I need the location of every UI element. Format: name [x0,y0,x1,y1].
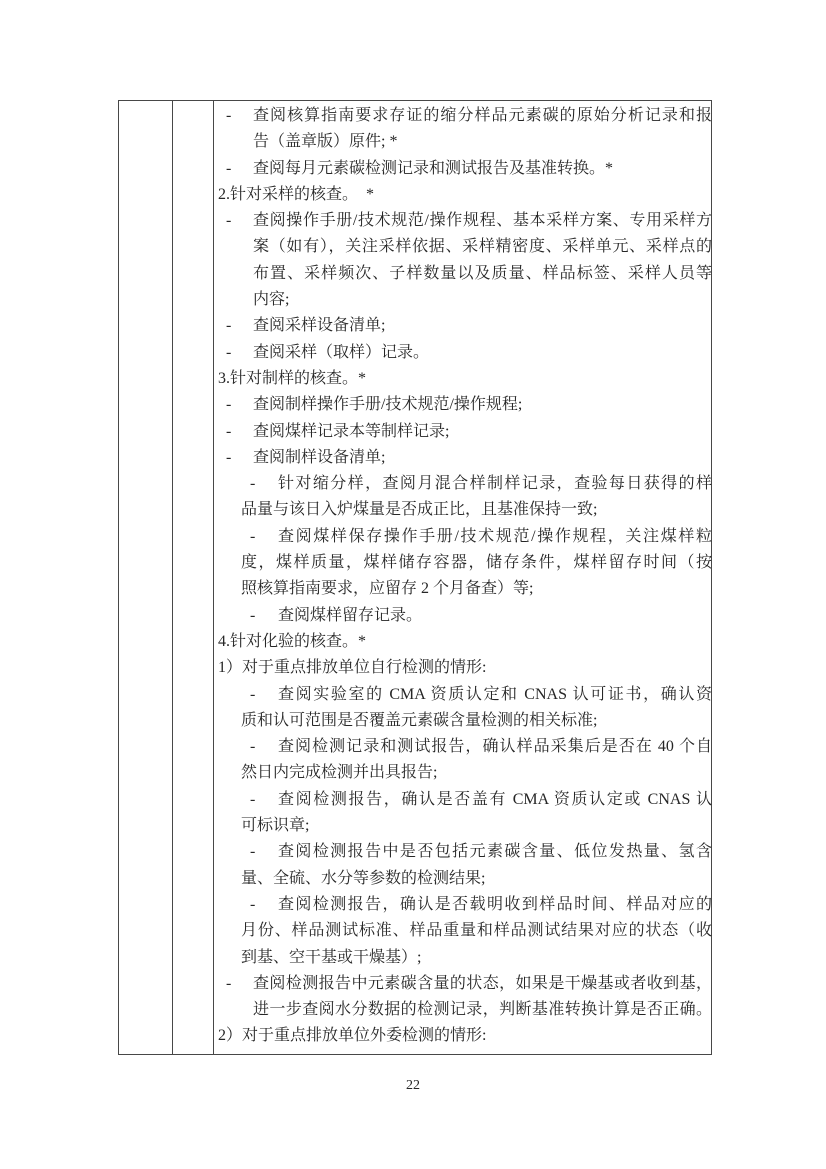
list-bullet: - [226,313,231,339]
checklist-table: -查阅核算指南要求存证的缩分样品元素碳的原始分析记录和报告（盖章版）原件; *-… [118,100,712,1055]
text-line: -查阅每月元素碳检测记录和测试报告及基准转换。* [213,156,712,182]
text-line: 品量与该日入炉煤量是否成正比，且基准保持一致; [213,497,712,523]
text-line: 可标识章; [213,813,712,839]
text-content: 可标识章; [241,813,712,839]
text-line: -查阅制样操作手册/技术规范/操作规程; [213,392,712,418]
text-line: -查阅采样（取样）记录。 [213,340,712,366]
list-bullet: - [226,208,231,234]
text-line: 2）对于重点排放单位外委检测的情形: [213,1023,712,1049]
text-content: 查阅煤样保存操作手册/技术规范/操作规程，关注煤样粒 [278,524,712,550]
text-line: 量、全硫、水分等参数的检测结果; [213,866,712,892]
text-content: 案（如有），关注采样依据、采样精密度、采样单元、采样点的 [253,234,712,260]
list-bullet: - [226,340,231,366]
text-content: 告（盖章版）原件; * [253,129,712,155]
text-line: 案（如有），关注采样依据、采样精密度、采样单元、采样点的 [213,234,712,260]
text-line: 度，煤样质量，煤样储存容器，储存条件，煤样留存时间（按 [213,550,712,576]
text-content: 月份、样品测试标准、样品重量和样品测试结果对应的状态（收 [241,918,712,944]
text-content: 查阅煤样留存记录。 [278,603,712,629]
list-bullet: - [250,787,255,813]
list-bullet: - [250,471,255,497]
text-content: 查阅检测报告，确认是否载明收到样品时间、样品对应的 [278,892,712,918]
text-line: 2.针对采样的核查。 * [213,182,712,208]
text-line: -查阅检测报告中元素碳含量的状态，如果是干燥基或者收到基， [213,971,712,997]
text-line: -查阅煤样记录本等制样记录; [213,419,712,445]
text-line: -查阅检测报告，确认是否盖有 CMA 资质认定或 CNAS 认 [213,787,712,813]
text-content: 查阅检测记录和测试报告，确认样品采集后是否在 40 个自 [278,734,712,760]
text-line: -查阅煤样留存记录。 [213,603,712,629]
text-content: 查阅每月元素碳检测记录和测试报告及基准转换。* [253,156,712,182]
text-line: -查阅检测记录和测试报告，确认样品采集后是否在 40 个自 [213,734,712,760]
text-line: -查阅实验室的 CMA 资质认定和 CNAS 认可证书，确认资 [213,682,712,708]
text-line: -查阅操作手册/技术规范/操作规程、基本采样方案、专用采样方 [213,208,712,234]
text-line: -查阅核算指南要求存证的缩分样品元素碳的原始分析记录和报 [213,103,712,129]
list-bullet: - [250,892,255,918]
text-content: 2）对于重点排放单位外委检测的情形: [218,1023,712,1049]
text-line: 1）对于重点排放单位自行检测的情形: [213,655,712,681]
text-line: 告（盖章版）原件; * [213,129,712,155]
table-cell-content: -查阅核算指南要求存证的缩分样品元素碳的原始分析记录和报告（盖章版）原件; *-… [213,101,712,1054]
text-content: 查阅煤样记录本等制样记录; [253,419,712,445]
text-line: 然日内完成检测并出具报告; [213,760,712,786]
document-page: -查阅核算指南要求存证的缩分样品元素碳的原始分析记录和报告（盖章版）原件; *-… [0,0,826,1169]
table-column-divider-1 [172,101,173,1054]
list-bullet: - [226,392,231,418]
text-content: 到基、空干基或干燥基）; [241,945,712,971]
text-line: 质和认可范围是否覆盖元素碳含量检测的相关标准; [213,708,712,734]
text-content: 进一步查阅水分数据的检测记录，判断基准转换计算是否正确。 [253,997,712,1023]
list-bullet: - [226,156,231,182]
text-line: 照核算指南要求，应留存 2 个月备查）等; [213,576,712,602]
text-line: 到基、空干基或干燥基）; [213,945,712,971]
text-content: 查阅制样设备清单; [253,445,712,471]
text-line: 布置、采样频次、子样数量以及质量、样品标签、采样人员等 [213,261,712,287]
list-bullet: - [226,419,231,445]
list-bullet: - [226,445,231,471]
text-line: -查阅采样设备清单; [213,313,712,339]
list-bullet: - [250,682,255,708]
text-content: 查阅制样操作手册/技术规范/操作规程; [253,392,712,418]
text-content: 查阅实验室的 CMA 资质认定和 CNAS 认可证书，确认资 [278,682,712,708]
list-bullet: - [226,971,231,997]
text-content: 品量与该日入炉煤量是否成正比，且基准保持一致; [241,497,712,523]
text-content: 查阅采样（取样）记录。 [253,340,712,366]
text-line: 内容; [213,287,712,313]
text-content: 查阅核算指南要求存证的缩分样品元素碳的原始分析记录和报 [253,103,712,129]
list-bullet: - [250,839,255,865]
page-number: 22 [0,1078,826,1094]
text-content: 查阅检测报告中元素碳含量的状态，如果是干燥基或者收到基， [253,971,712,997]
list-bullet: - [250,734,255,760]
text-content: 查阅操作手册/技术规范/操作规程、基本采样方案、专用采样方 [253,208,712,234]
text-content: 内容; [253,287,712,313]
text-content: 然日内完成检测并出具报告; [241,760,712,786]
text-content: 质和认可范围是否覆盖元素碳含量检测的相关标准; [241,708,712,734]
text-line: 4.针对化验的核查。* [213,629,712,655]
text-line: 3.针对制样的核查。* [213,366,712,392]
list-bullet: - [250,524,255,550]
text-content: 2.针对采样的核查。 * [218,182,712,208]
list-bullet: - [250,603,255,629]
text-line: -查阅制样设备清单; [213,445,712,471]
text-content: 1）对于重点排放单位自行检测的情形: [218,655,712,681]
text-content: 查阅采样设备清单; [253,313,712,339]
text-content: 针对缩分样，查阅月混合样制样记录，查验每日获得的样 [278,471,712,497]
text-line: -查阅检测报告中是否包括元素碳含量、低位发热量、氢含 [213,839,712,865]
text-content: 量、全硫、水分等参数的检测结果; [241,866,712,892]
text-content: 度，煤样质量，煤样储存容器，储存条件，煤样留存时间（按 [241,550,712,576]
text-line: 进一步查阅水分数据的检测记录，判断基准转换计算是否正确。 [213,997,712,1023]
list-bullet: - [226,103,231,129]
text-content: 布置、采样频次、子样数量以及质量、样品标签、采样人员等 [253,261,712,287]
text-content: 查阅检测报告中是否包括元素碳含量、低位发热量、氢含 [278,839,712,865]
text-content: 照核算指南要求，应留存 2 个月备查）等; [241,576,712,602]
text-line: -查阅检测报告，确认是否载明收到样品时间、样品对应的 [213,892,712,918]
text-line: -针对缩分样，查阅月混合样制样记录，查验每日获得的样 [213,471,712,497]
text-content: 4.针对化验的核查。* [218,629,712,655]
text-line: 月份、样品测试标准、样品重量和样品测试结果对应的状态（收 [213,918,712,944]
text-content: 查阅检测报告，确认是否盖有 CMA 资质认定或 CNAS 认 [278,787,712,813]
text-content: 3.针对制样的核查。* [218,366,712,392]
text-line: -查阅煤样保存操作手册/技术规范/操作规程，关注煤样粒 [213,524,712,550]
